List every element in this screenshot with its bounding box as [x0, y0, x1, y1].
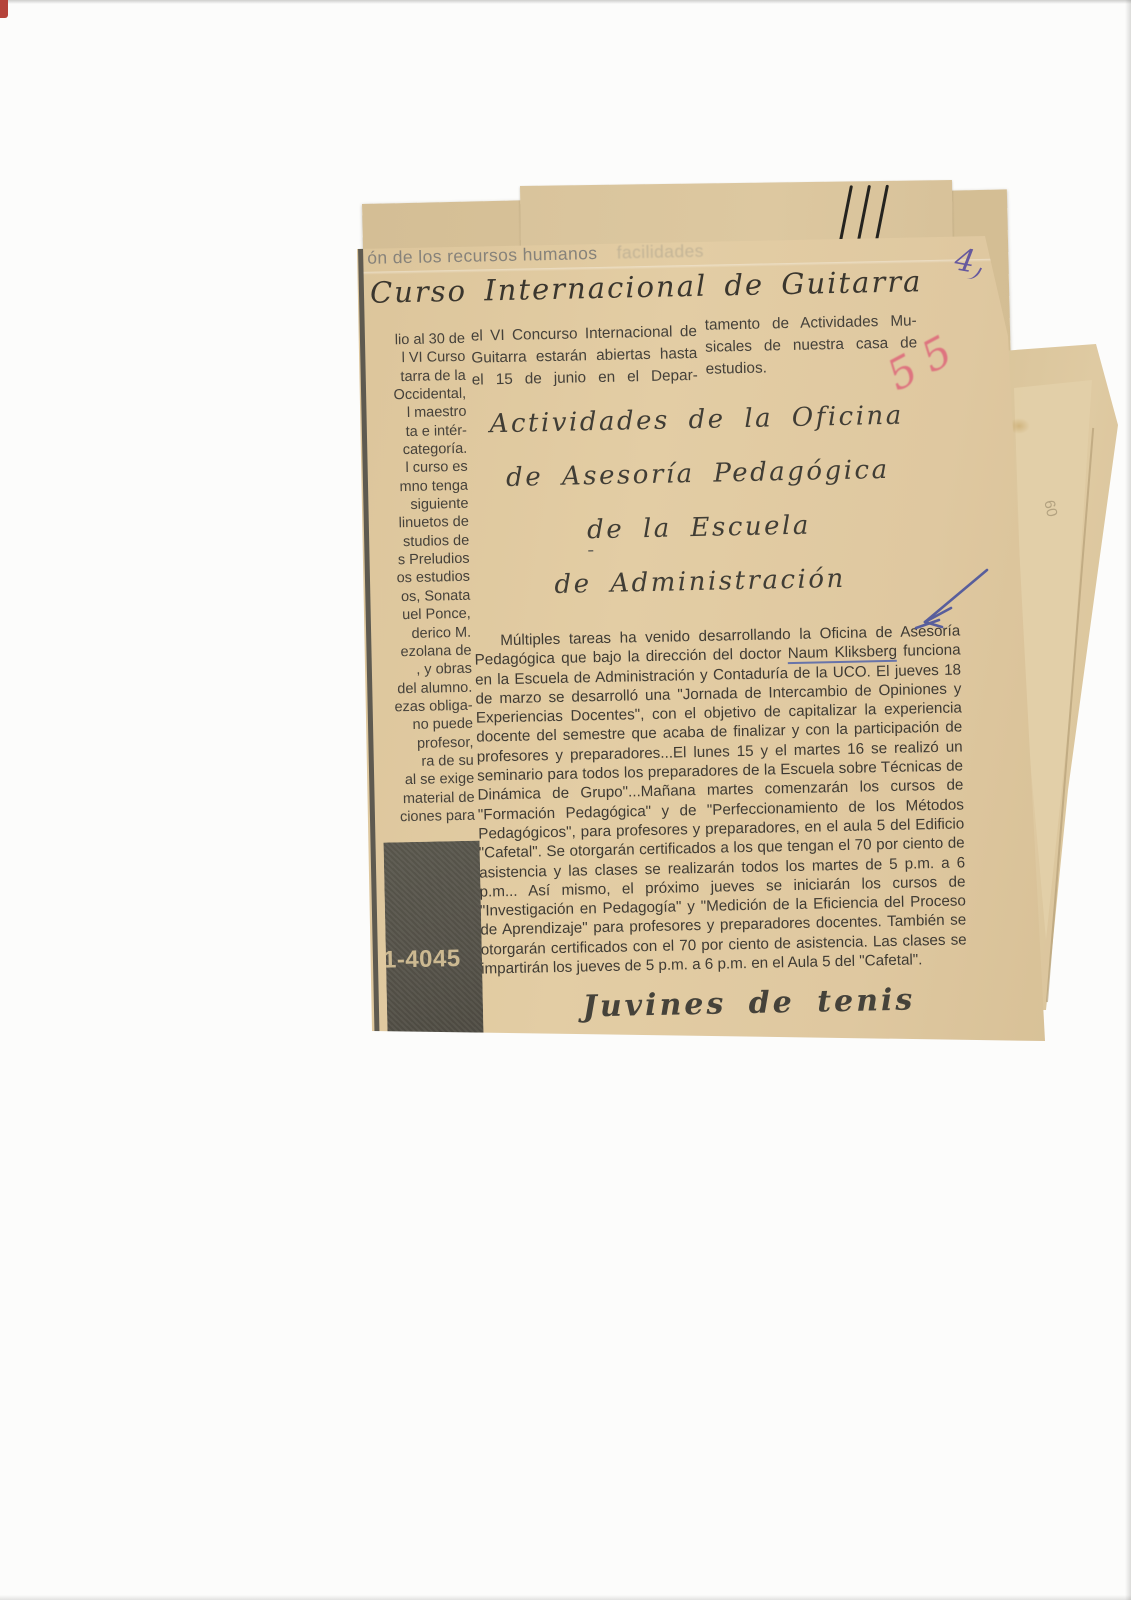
footer-headline: Juvines de tenis: [509, 981, 990, 1026]
column-line: tarra de la: [366, 366, 466, 386]
scan-edge-right: [1125, 0, 1131, 1600]
column-line: ta e intér-: [367, 421, 467, 441]
column-line: Occidental,: [366, 385, 466, 405]
hatch-mark-icon: [856, 185, 871, 244]
column-line: l VI Curso: [365, 348, 465, 368]
office-article-title: Actividades de la Oficinade Asesoría Ped…: [461, 400, 935, 626]
underlined-name: Naum Kliksberg: [788, 643, 898, 664]
office-article-body: Múltiples tareas ha venido desarrollando…: [474, 621, 967, 978]
top-strip-faded: facilidades: [617, 241, 704, 263]
column-line: s Preludios: [369, 550, 469, 570]
catalog-number: 1-4045: [383, 945, 460, 975]
column-line: profesor,: [373, 733, 473, 753]
column-line: ezolana de: [371, 642, 471, 662]
guitar-column-middle: el VI Concurso Internacional deGuitarra …: [471, 321, 698, 391]
title-line: de Administración: [465, 562, 936, 626]
column-line: studios de: [369, 532, 469, 552]
column-line: del alumno.: [372, 678, 472, 698]
handwritten-arrow-icon: [895, 558, 1005, 648]
scan-edge-top: [0, 0, 1131, 4]
column-line: el 15 de junio en el Depar-: [472, 365, 698, 392]
title-dash-mark: -: [587, 537, 594, 561]
column-line: no puede: [373, 715, 473, 735]
catalog-block: 1-4045: [383, 841, 483, 1035]
corner-red-mark: [0, 0, 8, 18]
column-line: material de: [374, 788, 474, 808]
column-line: categoría.: [367, 440, 467, 460]
column-line: linuetos de: [369, 513, 469, 533]
column-line: ra de su: [374, 752, 474, 772]
title-line: de la Escuela: [464, 508, 935, 572]
hatch-mark-icon: [838, 185, 853, 244]
hatch-mark-icon: [874, 185, 889, 244]
scan-edge-bottom: [0, 1595, 1131, 1600]
column-line: ezas obliga-: [372, 697, 472, 717]
column-line: mno tenga: [368, 477, 468, 497]
column-line: lio al 30 de: [365, 330, 465, 350]
column-line: os estudios: [370, 568, 470, 588]
scan-page: { "colors": { "paper_tan": "#e0cba2", "b…: [0, 0, 1131, 1600]
column-line: l maestro: [366, 403, 466, 423]
title-line: Actividades de la Oficina: [461, 400, 932, 464]
column-line: uel Ponce,: [371, 605, 471, 625]
column-line: ciones para: [375, 807, 475, 827]
guitar-article-columns: lio al 30 del VI Cursotarra de laOcciden…: [365, 316, 925, 328]
column-line: l curso es: [367, 458, 467, 478]
column-line: os, Sonata: [370, 587, 470, 607]
column-line: derico M.: [371, 623, 471, 643]
pencil-note: 60: [1040, 499, 1060, 519]
column-line: , y obras: [372, 660, 472, 680]
guitar-column-left: lio al 30 del VI Cursotarra de laOcciden…: [365, 330, 475, 827]
column-line: siguiente: [368, 495, 468, 515]
title-line: de Asesoría Pedagógica: [463, 454, 934, 518]
column-line: al se exige: [374, 770, 474, 790]
